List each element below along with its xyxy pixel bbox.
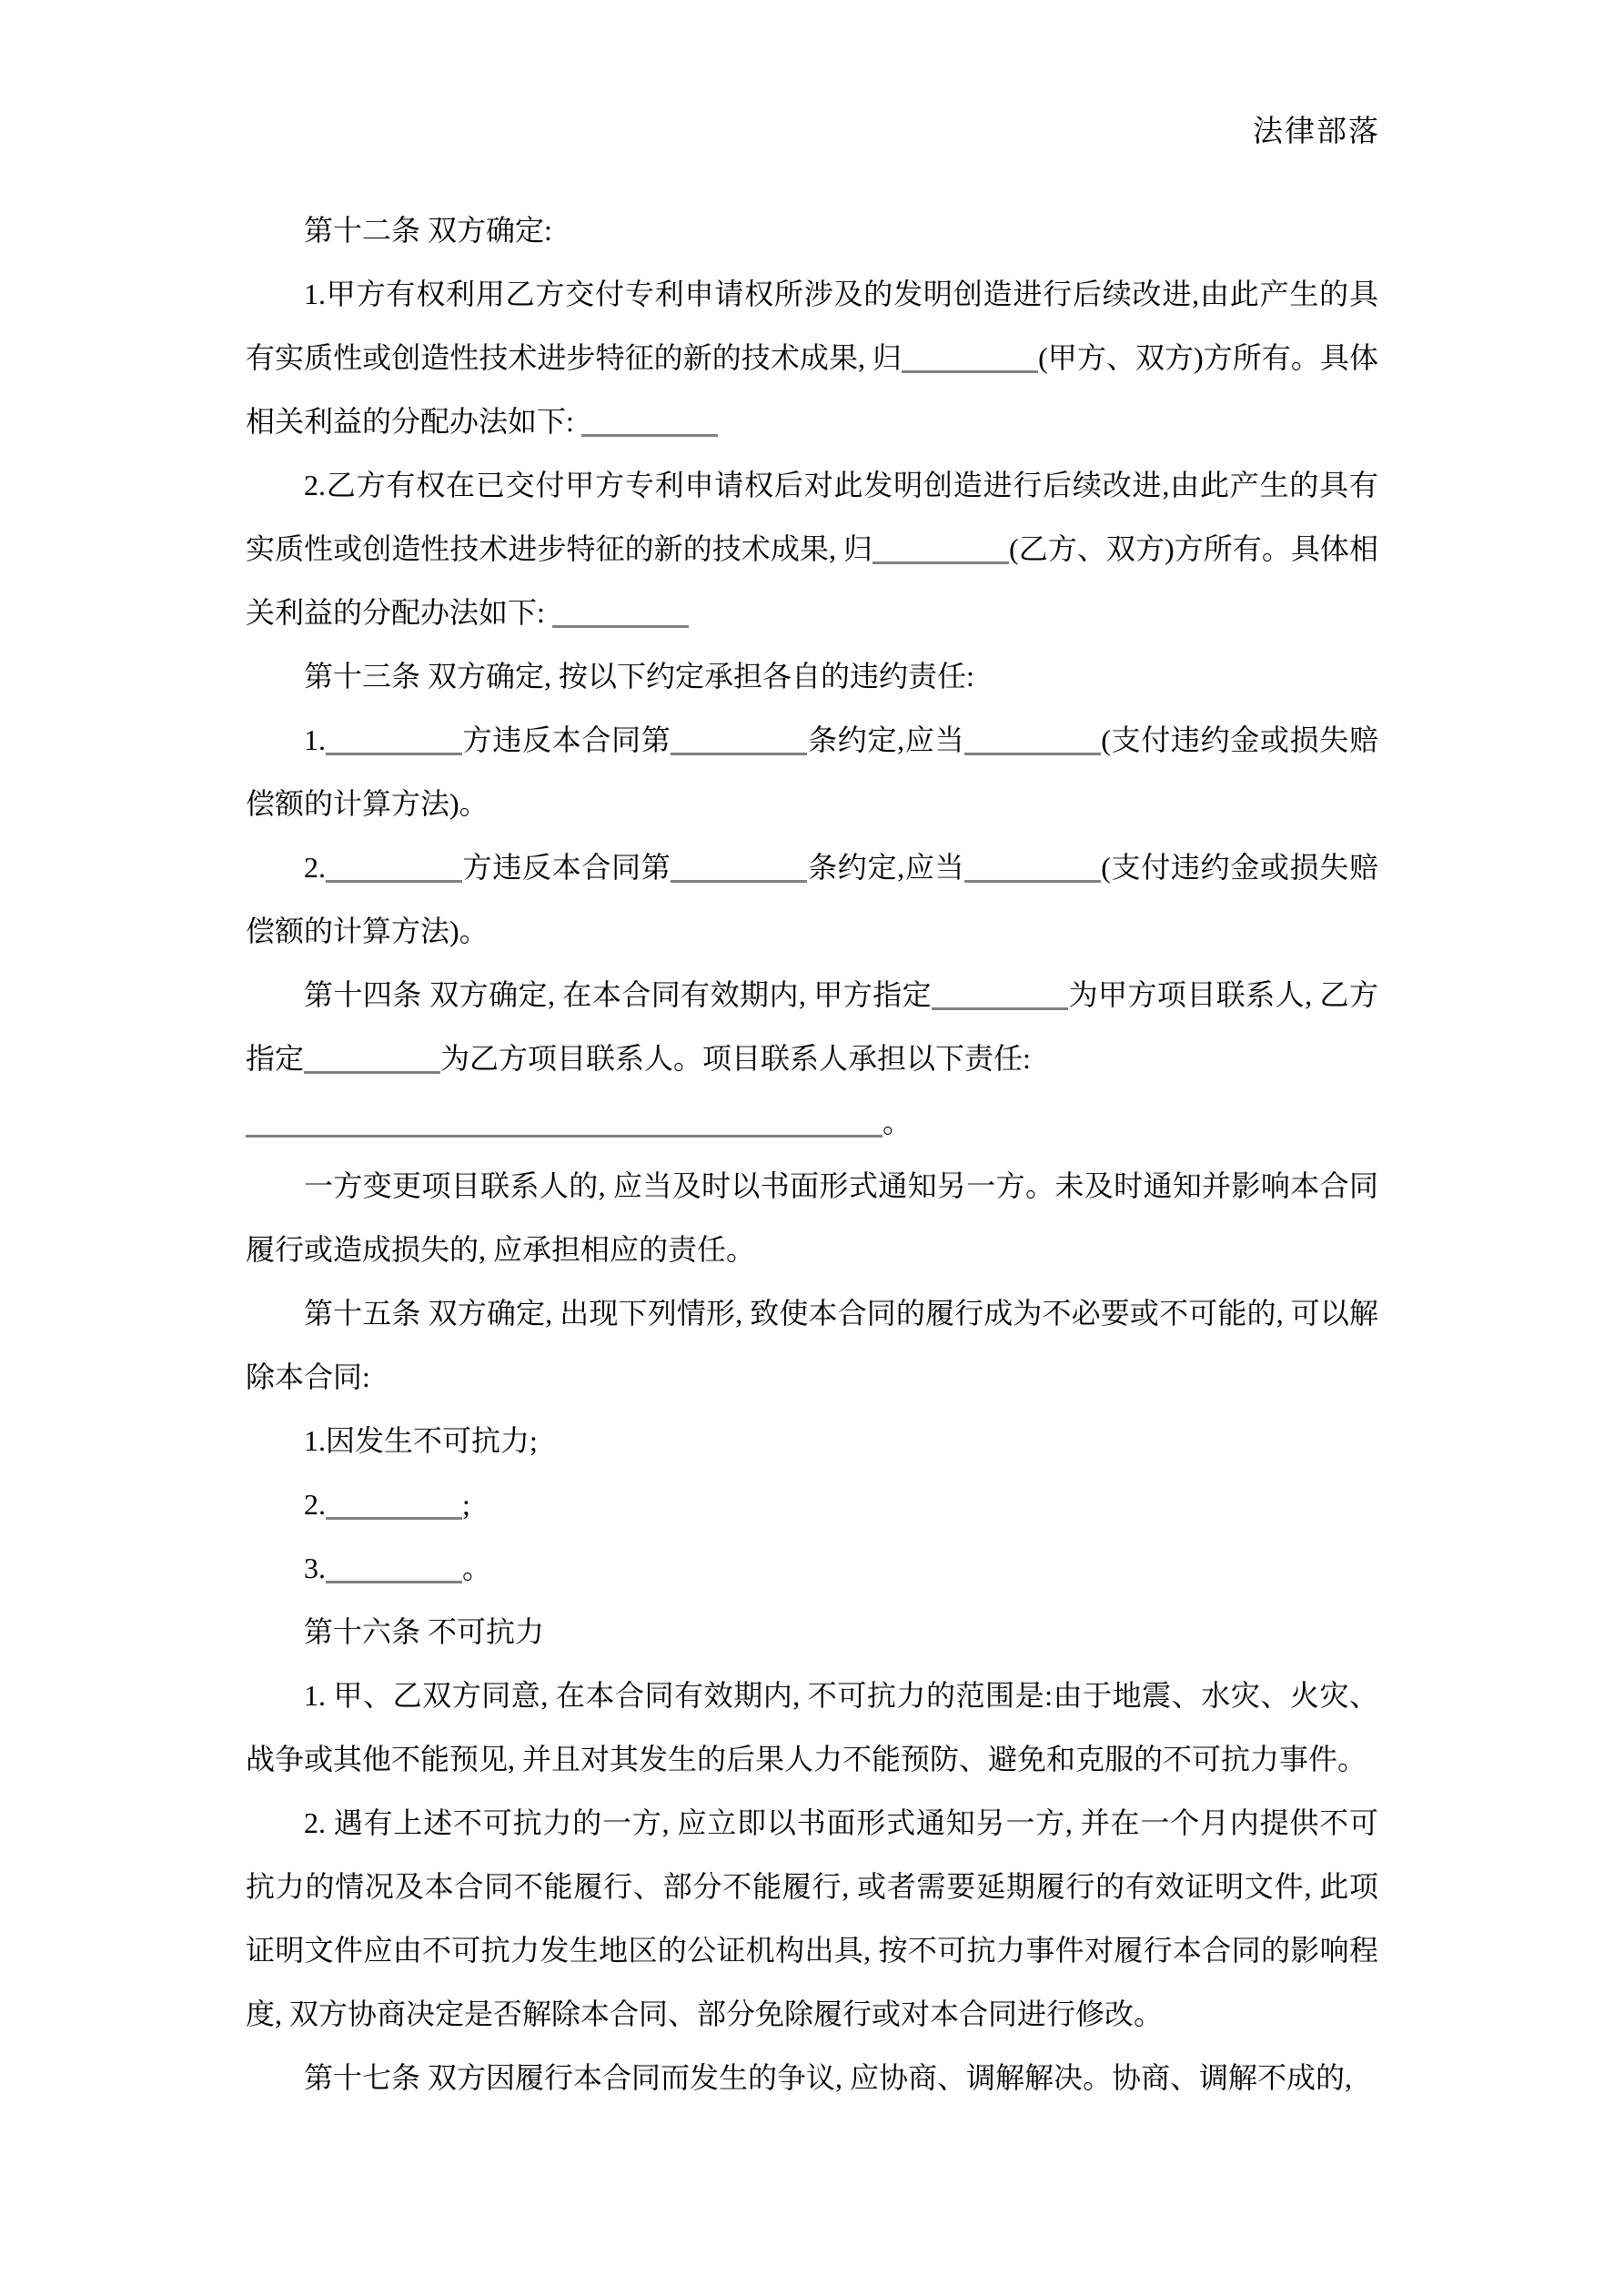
fill-in-blank — [326, 725, 462, 755]
clause-13-heading: 第十三条 双方确定, 按以下约定承担各自的违约责任: — [246, 644, 1378, 708]
text-run: 方违反本合同第 — [462, 851, 671, 884]
clause-16-item-1: 1. 甲、乙双方同意, 在本合同有效期内, 不可抗力的范围是:由于地震、水灾、火… — [246, 1664, 1378, 1791]
clause-13-item-2: 2.方违反本合同第条约定,应当(支付违约金或损失赔偿额的计算方法)。 — [246, 835, 1378, 963]
clause-16-item-2: 2. 遇有上述不可抗力的一方, 应立即以书面形式通知另一方, 并在一个月内提供不… — [246, 1791, 1378, 2046]
clause-14-note: 一方变更项目联系人的, 应当及时以书面形式通知另一方。未及时通知并影响本合同履行… — [246, 1154, 1378, 1281]
text-run: 2. 遇有上述不可抗力的一方, 应立即以书面形式通知另一方, 并在一个月内提供不… — [246, 1806, 1378, 2030]
fill-in-blank — [932, 980, 1068, 1010]
text-run: 条约定,应当 — [807, 851, 964, 884]
clause-14-blank-line: 。 — [246, 1090, 1378, 1154]
text-run: 第十五条 双方确定, 出现下列情形, 致使本合同的履行成为不必要或不可能的, 可… — [246, 1297, 1378, 1393]
text-run: 第十二条 双方确定: — [304, 214, 552, 247]
fill-in-blank — [304, 1044, 440, 1074]
clause-14: 第十四条 双方确定, 在本合同有效期内, 甲方指定为甲方项目联系人, 乙方指定为… — [246, 963, 1378, 1090]
text-run: 条约定,应当 — [807, 723, 964, 756]
fill-in-blank — [671, 853, 807, 883]
text-run: 第十七条 双方因履行本合同而发生的争议, 应协商、调解解决。协商、调解不成的, — [304, 2061, 1352, 2094]
text-run: 第十六条 不可抗力 — [304, 1615, 544, 1648]
text-run: 第十三条 双方确定, 按以下约定承担各自的违约责任: — [304, 660, 974, 693]
clause-12-heading: 第十二条 双方确定: — [246, 198, 1378, 262]
fill-in-blank — [902, 343, 1038, 373]
fill-in-blank — [873, 534, 1009, 564]
text-run: 2. — [304, 851, 326, 884]
document-body: 第十二条 双方确定:1.甲方有权利用乙方交付专利申请权所涉及的发明创造进行后续改… — [246, 198, 1378, 2109]
fill-in-blank — [326, 1553, 462, 1583]
text-run: 方违反本合同第 — [462, 723, 671, 756]
clause-13-item-1: 1.方违反本合同第条约定,应当(支付违约金或损失赔偿额的计算方法)。 — [246, 708, 1378, 835]
clause-12-item-1: 1.甲方有权利用乙方交付专利申请权所涉及的发明创造进行后续改进,由此产生的具有实… — [246, 262, 1378, 453]
text-run: 为乙方项目联系人。项目联系人承担以下责任: — [440, 1042, 1031, 1075]
fill-in-blank — [246, 1108, 883, 1138]
text-run: 。 — [883, 1106, 912, 1138]
fill-in-blank — [671, 725, 807, 755]
text-run: ; — [462, 1488, 470, 1521]
text-run: 3. — [304, 1552, 326, 1584]
text-run: 。 — [462, 1552, 491, 1584]
clause-12-item-2: 2.乙方有权在已交付甲方专利申请权后对此发明创造进行后续改进,由此产生的具有实质… — [246, 453, 1378, 644]
text-run: 1. — [304, 723, 326, 756]
fill-in-blank — [964, 853, 1101, 883]
clause-17: 第十七条 双方因履行本合同而发生的争议, 应协商、调解解决。协商、调解不成的, — [246, 2046, 1378, 2109]
fill-in-blank — [581, 407, 718, 437]
clause-15-item-3: 3.。 — [246, 1536, 1378, 1600]
fill-in-blank — [326, 1490, 462, 1520]
text-run: 1. 甲、乙双方同意, 在本合同有效期内, 不可抗力的范围是:由于地震、水灾、火… — [246, 1679, 1378, 1775]
clause-16-heading: 第十六条 不可抗力 — [246, 1600, 1378, 1664]
text-run: 2. — [304, 1488, 326, 1521]
clause-15-item-1: 1.因发生不可抗力; — [246, 1409, 1378, 1472]
text-run: 第十四条 双方确定, 在本合同有效期内, 甲方指定 — [304, 978, 932, 1011]
text-run: 1.因发生不可抗力; — [304, 1424, 538, 1457]
clause-15-item-2: 2.; — [246, 1472, 1378, 1536]
fill-in-blank — [326, 853, 462, 883]
contract-page: 法律部落 第十二条 双方确定:1.甲方有权利用乙方交付专利申请权所涉及的发明创造… — [0, 0, 1624, 2296]
fill-in-blank — [964, 725, 1101, 755]
fill-in-blank — [552, 598, 689, 628]
text-run: 一方变更项目联系人的, 应当及时以书面形式通知另一方。未及时通知并影响本合同履行… — [246, 1169, 1378, 1266]
clause-15-heading: 第十五条 双方确定, 出现下列情形, 致使本合同的履行成为不必要或不可能的, 可… — [246, 1281, 1378, 1409]
site-watermark: 法律部落 — [1253, 115, 1380, 149]
